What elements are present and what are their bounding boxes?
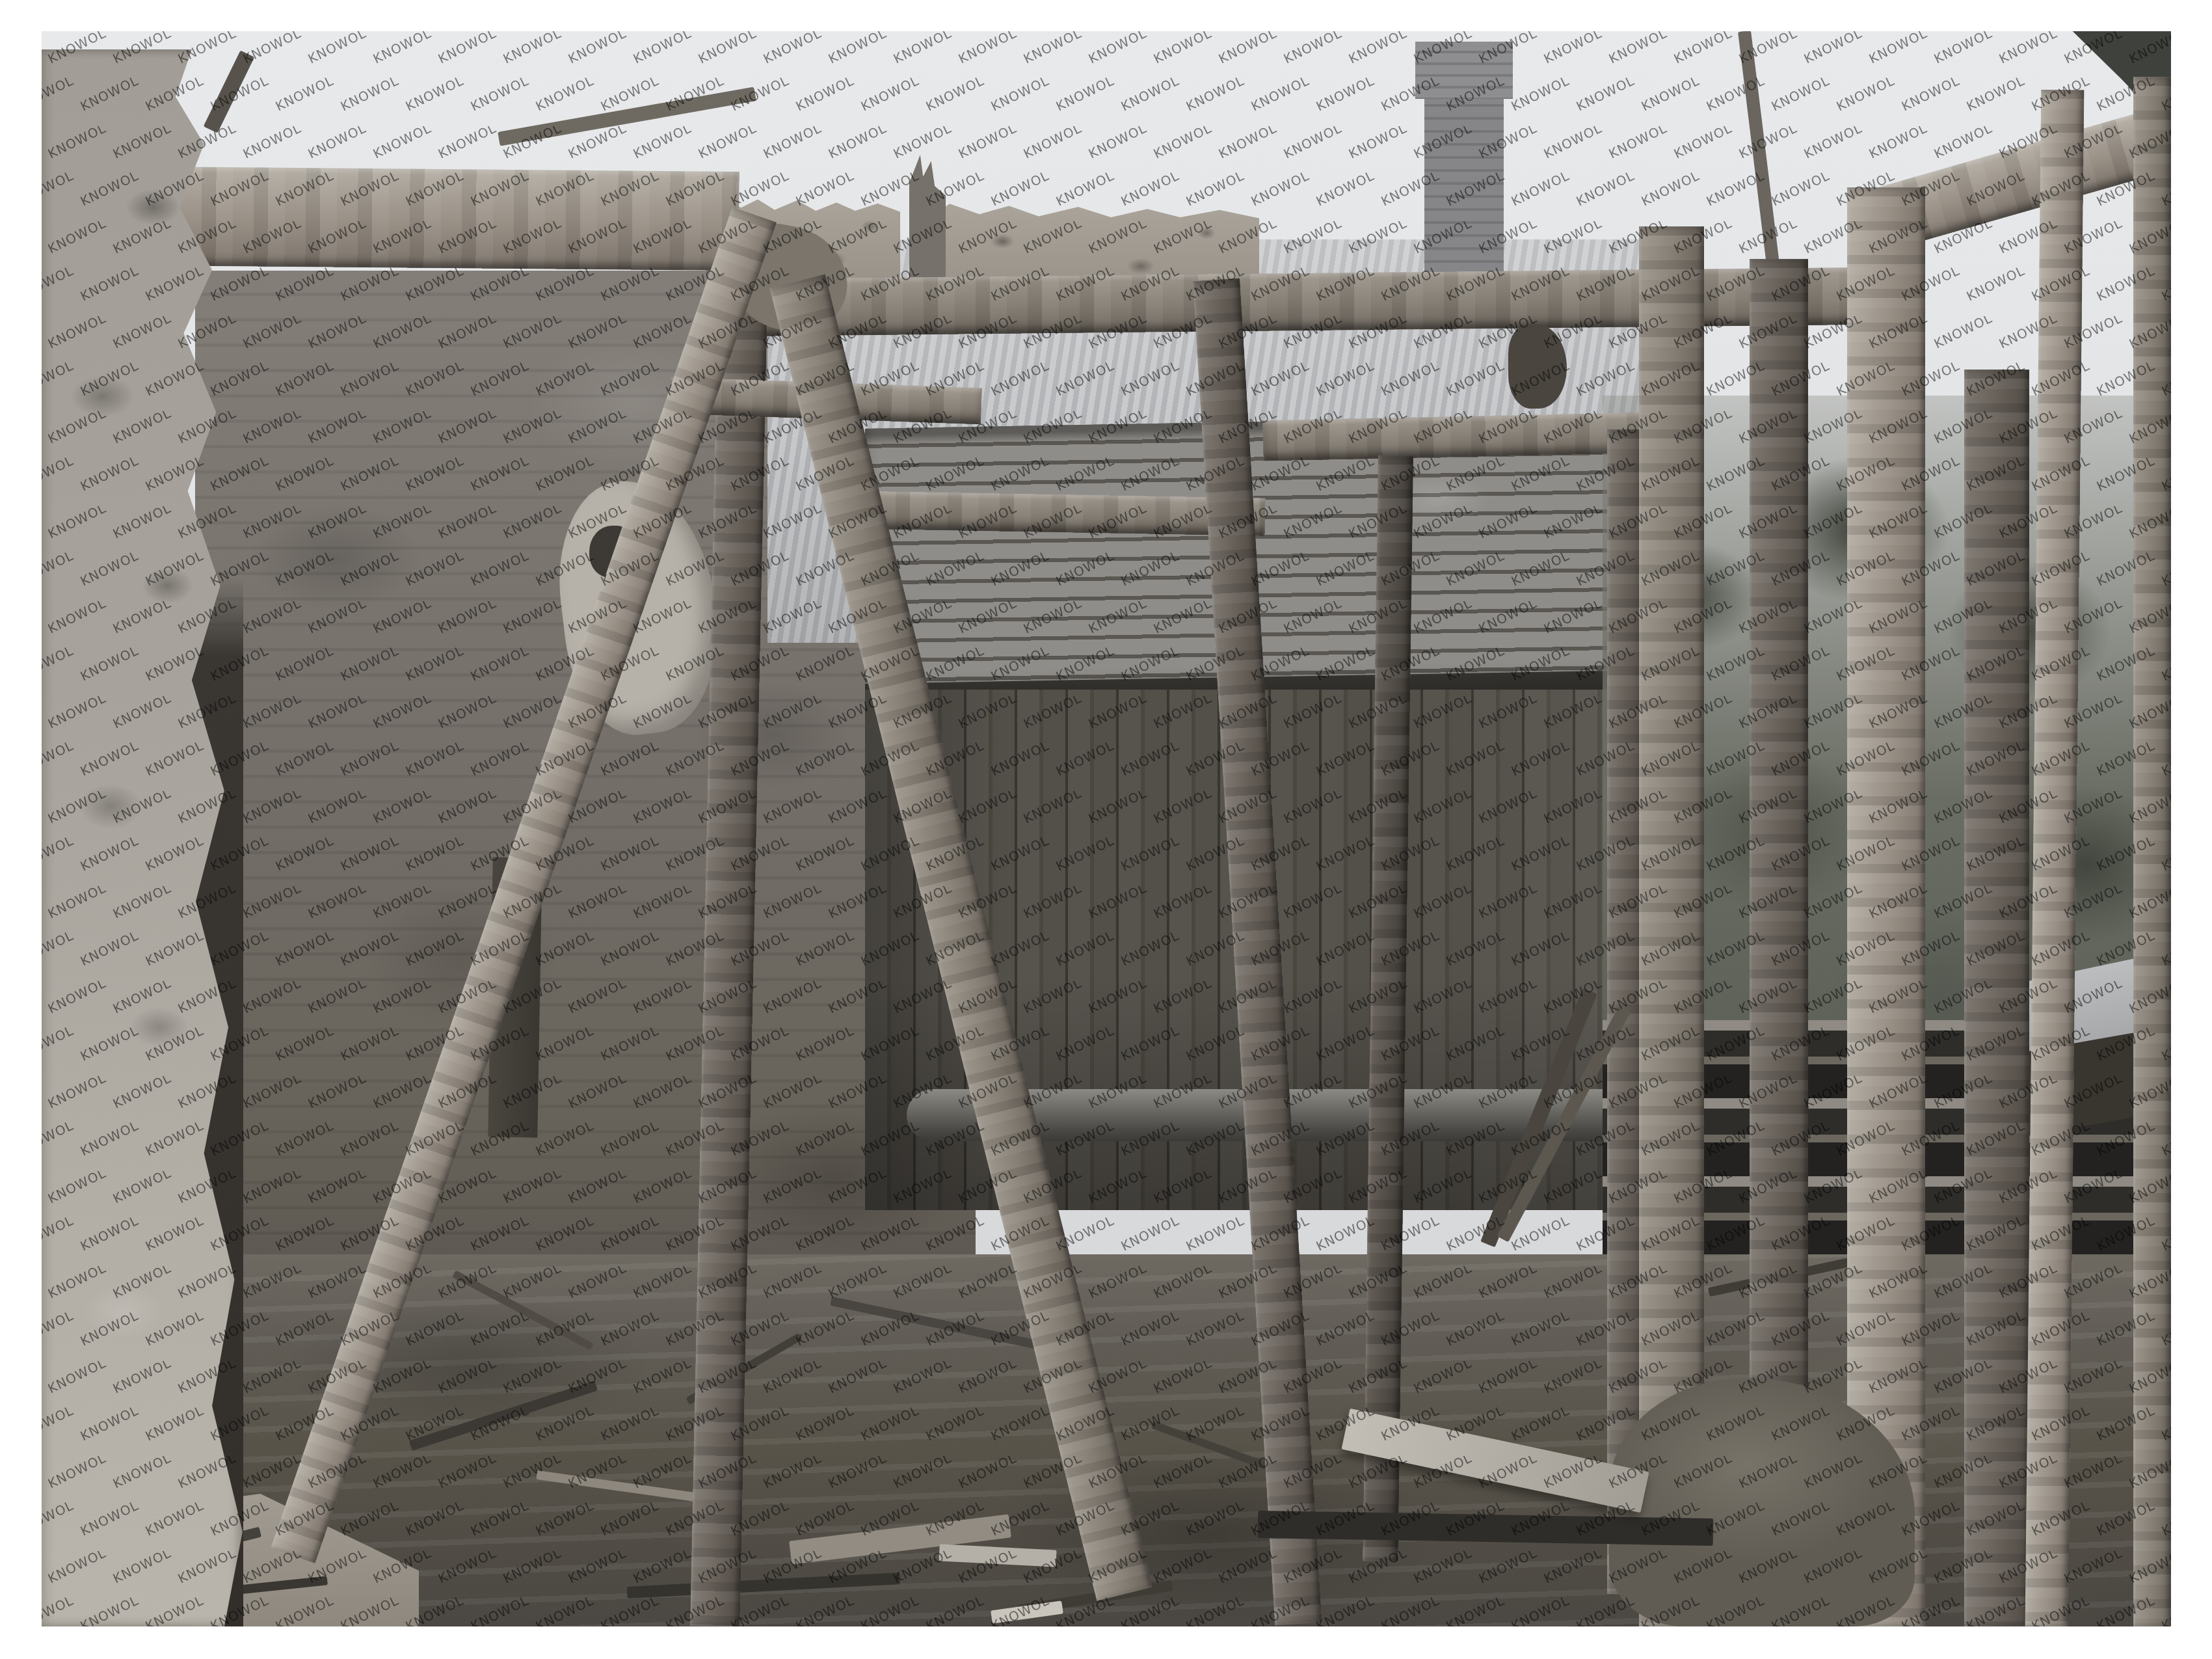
- photograph: KNOWOL KNOWOL KNOWOL KNOWOL KNOWOL KNOWO…: [42, 31, 2171, 1626]
- watermark-tint: [42, 31, 2171, 1626]
- watermark-layer: KNOWOL KNOWOL KNOWOL KNOWOL KNOWOL KNOWO…: [42, 31, 2171, 1626]
- watermark-fill: [42, 31, 2171, 1626]
